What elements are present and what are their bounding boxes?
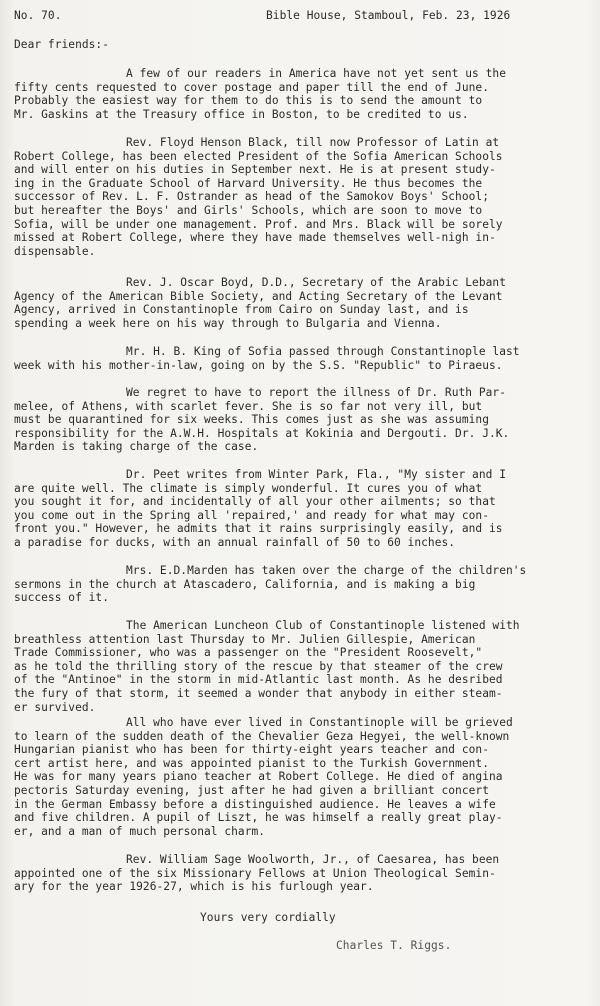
signature: Charles T. Riggs.: [336, 939, 451, 953]
text-line: you come out in the Spring all 'repaired…: [14, 509, 506, 523]
text-line: Rev. Floyd Henson Black, till now Profes…: [14, 136, 503, 150]
text-line: Marden is taking charge of the case.: [14, 440, 509, 454]
text-line: of the "Antinoe" in the storm in mid-Atl…: [14, 673, 520, 687]
text-line: We regret to have to report the illness …: [14, 386, 509, 400]
text-line: Agency, arrived in Constantinople from C…: [14, 303, 506, 317]
text-line: the fury of that storm, it seemed a wond…: [14, 687, 520, 701]
text-line: He was for many years piano teacher at R…: [14, 770, 513, 784]
letter-page: No. 70. Bible House, Stamboul, Feb. 23, …: [0, 0, 600, 1006]
text-line: er, and a man of much personal charm.: [14, 825, 513, 839]
place-and-date: Bible House, Stamboul, Feb. 23, 1926: [266, 9, 510, 23]
text-line: Dr. Peet writes from Winter Park, Fla., …: [14, 468, 506, 482]
text-line: success of it.: [14, 591, 526, 605]
closing: Yours very cordially: [200, 911, 336, 925]
text-line: Sofia, will be under one management. Pro…: [14, 218, 503, 232]
text-line: Mrs. E.D.Marden has taken over the charg…: [14, 564, 526, 578]
text-line: in the German Embassy before a distingui…: [14, 798, 513, 812]
text-line: week with his mother-in-law, going on by…: [14, 359, 520, 373]
text-line: A few of our readers in America have not…: [14, 67, 506, 81]
text-line: ing in the Graduate School of Harvard Un…: [14, 177, 503, 191]
text-line: sermons in the church at Atascadero, Cal…: [14, 578, 526, 592]
text-line: Probably the easiest way for them to do …: [14, 94, 506, 108]
text-line: Mr. Gaskins at the Treasury office in Bo…: [14, 108, 506, 122]
letter-number: No. 70.: [14, 9, 62, 23]
text-line: and will enter on his duties in Septembe…: [14, 163, 503, 177]
text-line: you sought it for, and incidentally of a…: [14, 495, 506, 509]
text-line: Rev. J. Oscar Boyd, D.D., Secretary of t…: [14, 276, 506, 290]
paragraph-geza-hegyei: All who have ever lived in Constantinopl…: [14, 716, 513, 838]
text-line: Trade Commissioner, who was a passenger …: [14, 646, 520, 660]
paragraph-dr-peet: Dr. Peet writes from Winter Park, Fla., …: [14, 468, 506, 550]
text-line: The American Luncheon Club of Constantin…: [14, 619, 520, 633]
salutation: Dear friends:-: [14, 38, 109, 52]
text-line: to learn of the sudden death of the Chev…: [14, 730, 513, 744]
paragraph-hb-king: Mr. H. B. King of Sofia passed through C…: [14, 345, 520, 372]
text-line: All who have ever lived in Constantinopl…: [14, 716, 513, 730]
text-line: Hungarian pianist who has been for thirt…: [14, 743, 513, 757]
text-line: spending a week here on his way through …: [14, 317, 506, 331]
text-line: breathless attention last Thursday to Mr…: [14, 633, 520, 647]
paragraph-postage-request: A few of our readers in America have not…: [14, 67, 506, 121]
paragraph-mrs-marden: Mrs. E.D.Marden has taken over the charg…: [14, 564, 526, 605]
text-line: pectoris Saturday evening, just after he…: [14, 784, 513, 798]
text-line: responsibility for the A.W.H. Hospitals …: [14, 427, 509, 441]
text-line: but hereafter the Boys' and Girls' Schoo…: [14, 204, 503, 218]
paragraph-floyd-black: Rev. Floyd Henson Black, till now Profes…: [14, 136, 503, 258]
paragraph-luncheon-club: The American Luncheon Club of Constantin…: [14, 619, 520, 714]
text-line: are quite well. The climate is simply wo…: [14, 482, 506, 496]
text-line: as he told the thrilling story of the re…: [14, 660, 520, 674]
text-line: missed at Robert College, where they hav…: [14, 231, 503, 245]
text-line: er survived.: [14, 701, 520, 715]
text-line: front you." However, he admits that it r…: [14, 522, 506, 536]
text-line: Agency of the American Bible Society, an…: [14, 290, 506, 304]
letter-header: No. 70. Bible House, Stamboul, Feb. 23, …: [14, 9, 586, 63]
text-line: Rev. William Sage Woolworth, Jr., of Cae…: [14, 853, 499, 867]
text-line: Robert College, has been elected Preside…: [14, 150, 503, 164]
text-line: appointed one of the six Missionary Fell…: [14, 867, 499, 881]
text-line: Mr. H. B. King of Sofia passed through C…: [14, 345, 520, 359]
text-line: a paradise for ducks, with an annual rai…: [14, 536, 506, 550]
text-line: melee, of Athens, with scarlet fever. Sh…: [14, 400, 509, 414]
paragraph-oscar-boyd: Rev. J. Oscar Boyd, D.D., Secretary of t…: [14, 276, 506, 330]
text-line: cert artist here, and was appointed pian…: [14, 757, 513, 771]
paragraph-woolworth: Rev. William Sage Woolworth, Jr., of Cae…: [14, 853, 499, 894]
text-line: fifty cents requested to cover postage a…: [14, 81, 506, 95]
text-line: dispensable.: [14, 245, 503, 259]
paragraph-ruth-parmelee: We regret to have to report the illness …: [14, 386, 509, 454]
text-line: must be quarantined for six weeks. This …: [14, 413, 509, 427]
text-line: and five children. A pupil of Liszt, he …: [14, 811, 513, 825]
text-line: ary for the year 1926-27, which is his f…: [14, 880, 499, 894]
text-line: successor of Rev. L. F. Ostrander as hea…: [14, 190, 503, 204]
